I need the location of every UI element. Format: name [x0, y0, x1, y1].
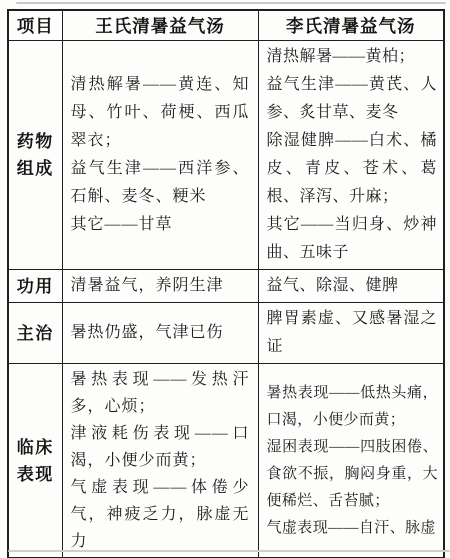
cell-composition-li: 清热解暑——黄柏； 益气生津——黄芪、人参、炙甘草、麦冬 除湿健脾——白术、橘皮…	[258, 41, 444, 270]
composition-li-item: 益气生津——黄芪、人参、炙甘草、麦冬	[267, 71, 438, 127]
label-indication: 主治	[8, 303, 62, 364]
cell-function-li: 益气、除湿、健脾	[258, 270, 444, 303]
header-cell-li-formula: 李氏清暑益气汤	[258, 10, 444, 41]
scan-artifact-line-top	[16, 2, 446, 4]
clinical-wang-item: 气虚表现——体倦少气，神疲乏力，脉虚无力	[71, 474, 250, 555]
cell-composition-wang: 清热解暑——黄连、知母、竹叶、荷梗、西瓜翠衣； 益气生津——西洋参、石斛、麦冬、…	[62, 41, 258, 270]
cell-function-wang: 清暑益气，养阴生津	[62, 270, 258, 303]
composition-wang-item: 其它——甘草	[71, 211, 250, 239]
clinical-li-item: 湿困表现——四肢困倦、食欲不振，胸闷身重，大便稀烂、舌苔腻；	[267, 434, 439, 515]
row-composition: 药物 组成 清热解暑——黄连、知母、竹叶、荷梗、西瓜翠衣； 益气生津——西洋参、…	[8, 41, 444, 270]
row-clinical: 临床 表现 暑热表现——发热汗多，心烦； 津液耗伤表现——口渴，小便少而黄； 气…	[8, 364, 444, 558]
indication-li-text: 脾胃素虚、又感暑湿之证	[267, 305, 438, 361]
cell-clinical-li: 暑热表现——低热头痛，口渴，小便少而黄； 湿困表现——四肢困倦、食欲不振，胸闷身…	[258, 364, 444, 558]
clinical-li-item: 暑热表现——低热头痛，口渴，小便少而黄；	[267, 380, 439, 434]
composition-wang-item: 清热解暑——黄连、知母、竹叶、荷梗、西瓜翠衣；	[71, 71, 250, 155]
composition-li-item: 其它——当归身、炒神曲、五味子	[267, 211, 438, 267]
label-function: 功用	[8, 270, 62, 303]
header-cell-item: 项目	[8, 10, 62, 41]
row-function: 功用 清暑益气，养阴生津 益气、除湿、健脾	[8, 270, 444, 303]
row-indication: 主治 暑热仍盛，气津已伤 脾胃素虚、又感暑湿之证	[8, 303, 444, 364]
scanned-document-page: 项目 王氏清暑益气汤 李氏清暑益气汤 药物 组成 清热解暑——黄连、知母、竹叶、…	[0, 0, 450, 558]
composition-li-item: 清热解暑——黄柏；	[267, 43, 438, 71]
function-li-text: 益气、除湿、健脾	[267, 272, 438, 300]
label-composition-line1: 药物	[9, 128, 62, 155]
clinical-li-item: 气虚表现——自汗、脉虚	[267, 515, 439, 542]
clinical-wang-item: 津液耗伤表现——口渴，小便少而黄；	[71, 420, 250, 474]
label-clinical-line2: 表现	[9, 461, 62, 488]
composition-wang-item: 益气生津——西洋参、石斛、麦冬、粳米	[71, 155, 250, 211]
header-cell-wang-formula: 王氏清暑益气汤	[62, 10, 258, 41]
label-composition: 药物 组成	[8, 41, 62, 270]
function-wang-text: 清暑益气，养阴生津	[71, 272, 250, 300]
header-row: 项目 王氏清暑益气汤 李氏清暑益气汤	[8, 10, 444, 41]
indication-wang-text: 暑热仍盛，气津已伤	[71, 319, 250, 347]
label-composition-line2: 组成	[9, 155, 62, 182]
clinical-wang-item: 暑热表现——发热汗多，心烦；	[71, 366, 250, 420]
cell-indication-li: 脾胃素虚、又感暑湿之证	[258, 303, 444, 364]
composition-li-item: 除湿健脾——白术、橘皮、青皮、苍术、葛根、泽泻、升麻；	[267, 127, 438, 211]
comparison-table: 项目 王氏清暑益气汤 李氏清暑益气汤 药物 组成 清热解暑——黄连、知母、竹叶、…	[7, 9, 445, 558]
label-clinical-line1: 临床	[9, 434, 62, 461]
scan-artifact-line-bottom	[8, 550, 450, 552]
cell-indication-wang: 暑热仍盛，气津已伤	[62, 303, 258, 364]
cell-clinical-wang: 暑热表现——发热汗多，心烦； 津液耗伤表现——口渴，小便少而黄； 气虚表现——体…	[62, 364, 258, 558]
label-clinical: 临床 表现	[8, 364, 62, 558]
